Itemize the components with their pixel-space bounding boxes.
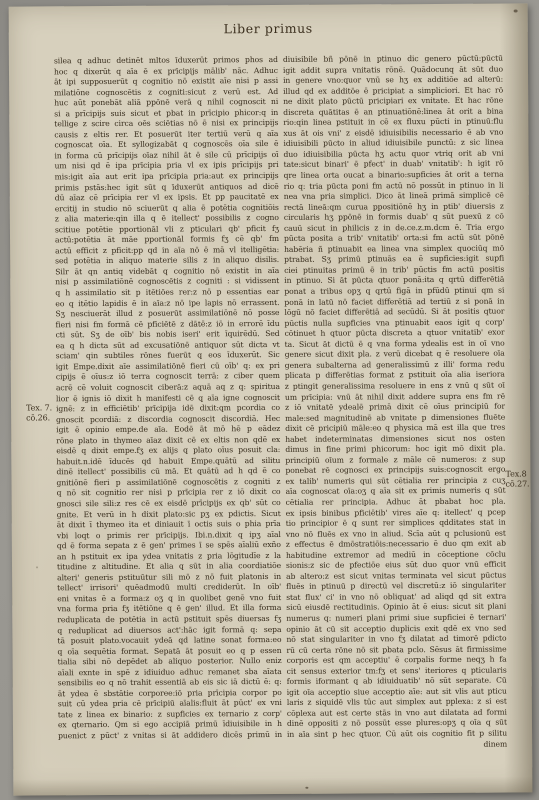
- text-line: diuisibile bñ pōnē in ptinuo dic genero …: [283, 54, 503, 66]
- text-line: nō stat singulariter in vno fʒ dilatat a…: [286, 634, 506, 646]
- margin-note-right-line1: Tex.8: [505, 469, 529, 479]
- margin-note-right-line2: cō.27.: [505, 479, 529, 489]
- margin-note-left: Tex. 7. cō.26.: [26, 403, 52, 423]
- text-line: cētialia rer principia. Adhuc āt pbabat …: [286, 497, 506, 509]
- book-page: Liber primus silea q adhuc detinēt mltos…: [9, 3, 533, 795]
- text-line: acrē cē voluit cognoscit ciberā:z aquā a…: [56, 382, 280, 394]
- running-title: Liber primus: [9, 19, 528, 37]
- margin-note-left-line1: Tex. 7.: [26, 403, 52, 413]
- ink-speck: [514, 9, 518, 12]
- left-column: silea q adhuc detinēt mltos īduxerūt pri…: [54, 55, 282, 752]
- text-line: gnosci sile sili:z res cē ex eisdē prīci…: [57, 498, 281, 510]
- scan-backdrop: Liber primus silea q adhuc detinēt mltos…: [0, 0, 539, 800]
- text-line: qre linea orta oucat a binario:supficies…: [284, 170, 504, 182]
- text-line: tio principior ē q sunt rer simplices qd…: [286, 518, 506, 530]
- text-line: mis:igit aīa aut erit ipa prīcipia pria:…: [55, 171, 279, 183]
- right-column: diuisibile bñ pōnē in ptinuo dic genero …: [283, 54, 507, 751]
- text-line: z iō vnitatē ydealē primā dixit cē oīus …: [285, 402, 505, 414]
- text-line: silea q adhuc detinēt mltos īduxerūt pri…: [54, 55, 278, 67]
- text-line: ignē: z in efficiētib' prīcipija idē dix…: [56, 403, 280, 415]
- ink-speck: [305, 787, 308, 789]
- text-line: numerus q: numeri plani primi siue supfi…: [286, 613, 506, 625]
- margin-note-left-line2: cō.26.: [26, 413, 52, 423]
- page-bottom-shadow: [13, 776, 532, 795]
- text-line: ponat a tribus opʒ q qrtū figā in pfūdū …: [284, 286, 504, 298]
- text-line: puenict z pūct' z vnitas si āt addidero …: [58, 730, 282, 742]
- text-line: in aīa sint p hec qtuor. Cū aūt ois cogn…: [287, 729, 507, 741]
- text-line: reduplicata de potētia in actū pstituit …: [57, 614, 281, 626]
- margin-note-right: Tex.8 cō.27.: [505, 469, 529, 489]
- right-column-lines: diuisibile bñ pōnē in ptinuo dic genero …: [283, 54, 507, 741]
- catchword: dinem: [287, 739, 507, 751]
- text-line: z ptingit generalissima resoluere in ens…: [285, 381, 505, 393]
- text-block: silea q adhuc detinēt mltos īduxerūt pri…: [54, 54, 507, 753]
- ink-speck: [36, 566, 38, 568]
- text-line: q h assimilatio sit p itētiōes rer:z nō …: [55, 287, 279, 299]
